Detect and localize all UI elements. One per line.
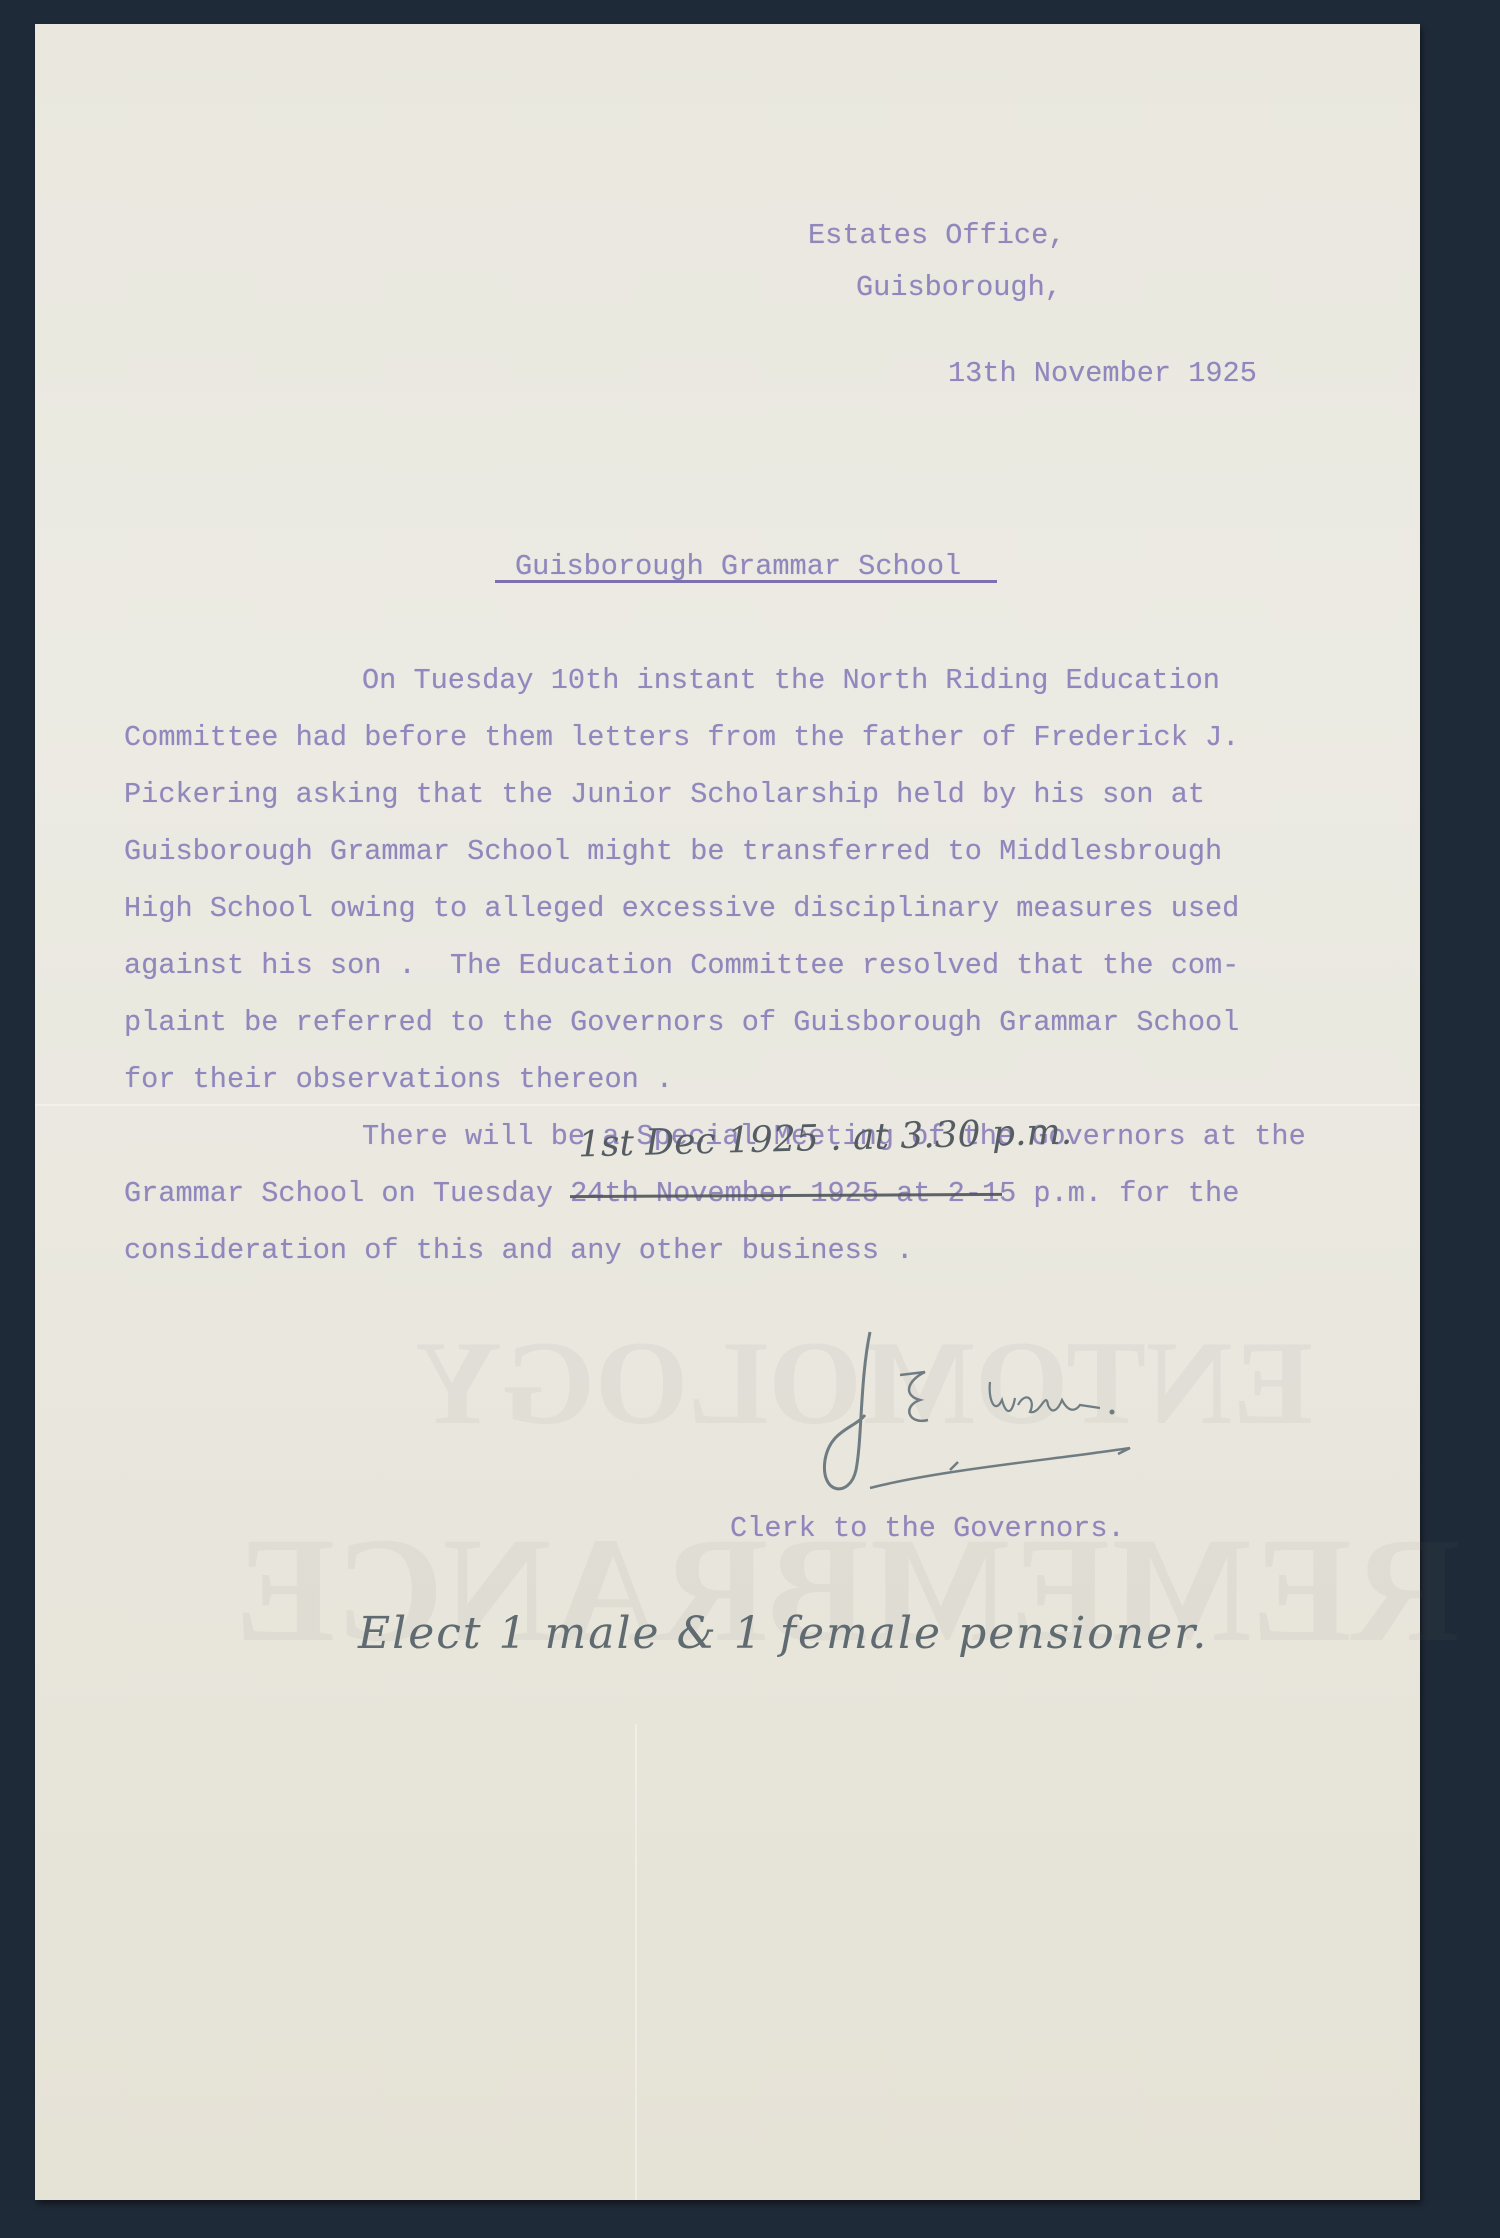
handwritten-note: Elect 1 male & 1 female pensioner. (358, 1608, 1208, 1659)
body-line: Committee had before them letters from t… (124, 724, 1239, 753)
body-line: for their observations thereon . (124, 1066, 673, 1095)
signature-name: J. E. Watson (790, 1320, 798, 1321)
body-line: plaint be referred to the Governors of G… (124, 1009, 1239, 1038)
body-line: High School owing to alleged excessive d… (124, 895, 1239, 924)
body-line: consideration of this and any other busi… (124, 1237, 913, 1266)
letter-date: 13th November 1925 (948, 360, 1257, 389)
letter-paper: ENTOMOLOGY REMEMBRANCE (35, 24, 1420, 2200)
body-text: for the (1102, 1177, 1239, 1210)
signatory-role: Clerk to the Governors. (730, 1515, 1125, 1544)
body-line: Guisborough Grammar School might be tran… (124, 838, 1222, 867)
letterhead-office: Estates Office, (808, 222, 1065, 251)
body-line: against his son . The Education Committe… (124, 952, 1239, 981)
body-line: On Tuesday 10th instant the North Riding… (362, 667, 1220, 696)
letter-title: Guisborough Grammar School (515, 553, 961, 582)
signature-scribble-icon: J. E. Watson (790, 1320, 1150, 1500)
title-underline (495, 580, 997, 583)
paper-crease (35, 1104, 1420, 1106)
paper-crease (635, 1724, 637, 2200)
body-line: Pickering asking that the Junior Scholar… (124, 781, 1205, 810)
letterhead-town: Guisborough, (856, 274, 1062, 303)
body-text: Grammar School on Tuesday (124, 1177, 570, 1210)
